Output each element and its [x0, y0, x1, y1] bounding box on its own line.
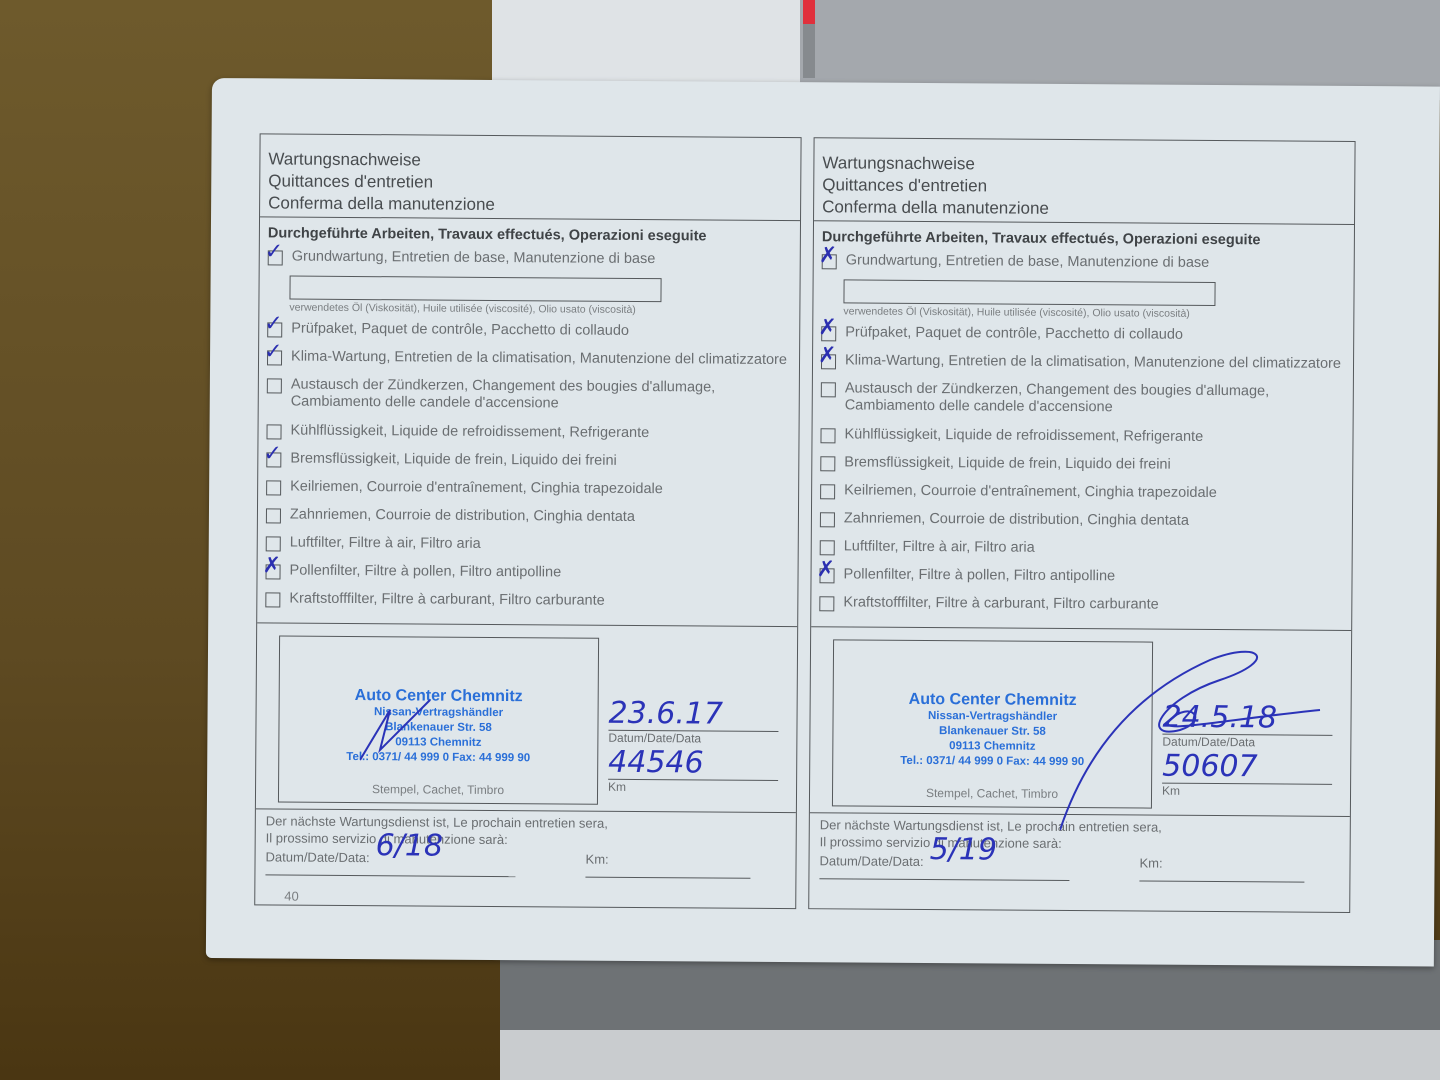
- checklist-item: Austausch der Zündkerzen, Changement des…: [813, 377, 1353, 427]
- stamp-caption: Stempel, Cachet, Timbro: [833, 785, 1151, 801]
- checklist-label: Zahnriemen, Courroie de distribution, Ci…: [844, 510, 1189, 529]
- checkbox[interactable]: [820, 456, 835, 471]
- checkbox[interactable]: [819, 596, 834, 611]
- checkbox[interactable]: ✓: [266, 452, 281, 467]
- checkbox[interactable]: ✗: [266, 564, 281, 579]
- checklist-item: Luftfilter, Filtre à air, Filtro aria: [812, 535, 1352, 567]
- maintenance-record-page: Wartungsnachweise Quittances d'entretien…: [808, 137, 1355, 913]
- checkbox[interactable]: [265, 592, 280, 607]
- cross-mark-icon: ✗: [817, 559, 836, 581]
- checkmark-icon: ✓: [264, 313, 283, 335]
- dealer-stamp: Auto Center Chemnitz Nissan-Vertragshänd…: [833, 690, 1152, 770]
- dealer-stamp: Auto Center Chemnitz Nissan-Vertragshänd…: [279, 686, 598, 766]
- checklist-label: Keilriemen, Courroie d'entraînement, Cin…: [290, 479, 663, 499]
- cross-mark-icon: ✗: [263, 555, 282, 577]
- cross-mark-icon: ✗: [818, 345, 837, 367]
- stamp-line: Tel.: 0371/ 44 999 0 Fax: 44 999 90: [833, 753, 1151, 770]
- next-date-value: 5/19: [930, 841, 997, 858]
- checkbox[interactable]: [266, 536, 281, 551]
- stamp-section: Auto Center Chemnitz Nissan-Vertragshänd…: [256, 622, 797, 813]
- dealer-name: Auto Center Chemnitz: [834, 690, 1152, 710]
- checklist-label: Bremsflüssigkeit, Liquide de frein, Liqu…: [844, 454, 1171, 473]
- km-label: Km: [608, 780, 778, 795]
- checklist-label: Grundwartung, Entretien de base, Manuten…: [292, 249, 656, 269]
- checklist-label: Luftfilter, Filtre à air, Filtro aria: [290, 535, 481, 553]
- checklist-label: Prüfpaket, Paquet de contrôle, Pacchetto…: [291, 321, 629, 340]
- checkbox[interactable]: ✗: [821, 354, 836, 369]
- header-it: Conferma della manutenzione: [822, 196, 1346, 222]
- stamp-box: Auto Center Chemnitz Nissan-Vertragshänd…: [278, 635, 599, 804]
- next-service-section: Der nächste Wartungsdienst ist, Le proch…: [265, 812, 785, 879]
- checklist-item: Kühlflüssigkeit, Liquide de refroidissem…: [812, 423, 1352, 455]
- next-service-date-field: Datum/Date/Data: 5/19: [819, 852, 1069, 881]
- cross-mark-icon: ✗: [818, 317, 837, 339]
- checklist: ✓Grundwartung, Entretien de base, Manute…: [257, 245, 800, 619]
- background-red-tab: [803, 0, 815, 24]
- checkbox[interactable]: [820, 484, 835, 499]
- checklist-label: Keilriemen, Courroie d'entraînement, Cin…: [844, 482, 1217, 502]
- checklist-item: ✓Klima-Wartung, Entretien de la climatis…: [259, 345, 799, 377]
- checkbox[interactable]: ✓: [267, 350, 282, 365]
- checklist-item: ✓Grundwartung, Entretien de base, Manute…: [260, 245, 800, 277]
- maintenance-record-page: Wartungsnachweise Quittances d'entretien…: [254, 133, 801, 909]
- km-value: 44546: [608, 745, 778, 780]
- checklist-item: Keilriemen, Courroie d'entraînement, Cin…: [258, 475, 798, 507]
- checklist-item: Austausch der Zündkerzen, Changement des…: [259, 373, 799, 423]
- next-date-label: Datum/Date/Data:: [266, 849, 370, 865]
- checklist-label: Luftfilter, Filtre à air, Filtro aria: [844, 538, 1035, 556]
- checkmark-icon: ✓: [265, 241, 284, 263]
- checkbox[interactable]: [266, 508, 281, 523]
- checklist-label: Bremsflüssigkeit, Liquide de frein, Liqu…: [290, 451, 617, 470]
- checklist-label: Klima-Wartung, Entretien de la climatisa…: [291, 349, 787, 369]
- checklist-item: Kraftstofffilter, Filtre à carburant, Fi…: [811, 591, 1351, 623]
- header-it: Conferma della manutenzione: [268, 192, 792, 218]
- checklist-label: Zahnriemen, Courroie de distribution, Ci…: [290, 507, 635, 526]
- next-service-date-field: Datum/Date/Data: 6/18: [265, 848, 515, 877]
- checklist-item: ✗Klima-Wartung, Entretien de la climatis…: [813, 349, 1353, 381]
- km-label: Km: [1162, 784, 1332, 799]
- checkmark-icon: ✓: [264, 341, 283, 363]
- checklist-item: ✗Prüfpaket, Paquet de contrôle, Pacchett…: [813, 321, 1353, 353]
- checklist-item: Kühlflüssigkeit, Liquide de refroidissem…: [258, 419, 798, 451]
- next-service-text-2: Il prossimo servizio di manutenzione sar…: [820, 833, 1340, 854]
- page-number: 40: [284, 889, 299, 904]
- page-header: Wartungsnachweise Quittances d'entretien…: [260, 134, 801, 221]
- section-title: Durchgeführte Arbeiten, Travaux effectué…: [260, 217, 800, 249]
- date-label: Datum/Date/Data: [608, 731, 778, 746]
- checklist-item: ✓Prüfpaket, Paquet de contrôle, Pacchett…: [259, 317, 799, 349]
- background-light-panel: [500, 1030, 1440, 1080]
- oil-viscosity-field[interactable]: [843, 279, 1215, 306]
- checklist-label: Prüfpaket, Paquet de contrôle, Pacchetto…: [845, 324, 1183, 343]
- checklist-label: Grundwartung, Entretien de base, Manuten…: [846, 252, 1210, 272]
- stamp-caption: Stempel, Cachet, Timbro: [279, 781, 597, 797]
- checklist-item: ✗Pollenfilter, Filtre à pollen, Filtro a…: [257, 559, 797, 591]
- section-title: Durchgeführte Arbeiten, Travaux effectué…: [814, 221, 1354, 253]
- stamp-line: Tel.: 0371/ 44 999 0 Fax: 44 999 90: [279, 749, 597, 766]
- checklist-label: Kraftstofffilter, Filtre à carburant, Fi…: [289, 591, 604, 610]
- checkbox[interactable]: [821, 382, 836, 397]
- next-service-section: Der nächste Wartungsdienst ist, Le proch…: [819, 816, 1339, 883]
- page-header: Wartungsnachweise Quittances d'entretien…: [814, 138, 1355, 225]
- checklist-label: Kühlflüssigkeit, Liquide de refroidissem…: [844, 426, 1203, 446]
- next-km-label: Km:: [586, 852, 609, 867]
- checklist-item: Luftfilter, Filtre à air, Filtro aria: [258, 531, 798, 563]
- checklist-label: Pollenfilter, Filtre à pollen, Filtro an…: [843, 566, 1115, 585]
- checkmark-icon: ✓: [263, 443, 282, 465]
- checklist-label: Kühlflüssigkeit, Liquide de refroidissem…: [290, 423, 649, 443]
- checkbox[interactable]: [267, 378, 282, 393]
- checklist: ✗Grundwartung, Entretien de base, Manute…: [811, 249, 1354, 623]
- service-booklet: Wartungsnachweise Quittances d'entretien…: [206, 78, 1440, 967]
- checklist-label: Pollenfilter, Filtre à pollen, Filtro an…: [290, 563, 562, 582]
- checklist-item: Zahnriemen, Courroie de distribution, Ci…: [812, 507, 1352, 539]
- checkbox[interactable]: [820, 512, 835, 527]
- service-date-km: 23.6.17 Datum/Date/Data 44546 Km: [608, 696, 779, 795]
- checkbox[interactable]: ✗: [822, 254, 837, 269]
- checkbox[interactable]: ✓: [268, 250, 283, 265]
- checklist-item: Bremsflüssigkeit, Liquide de frein, Liqu…: [812, 451, 1352, 483]
- next-date-label: Datum/Date/Data:: [819, 853, 923, 869]
- stamp-section: Auto Center Chemnitz Nissan-Vertragshänd…: [810, 626, 1351, 817]
- checklist-label: Austausch der Zündkerzen, Changement des…: [845, 380, 1345, 417]
- oil-viscosity-field[interactable]: [289, 276, 661, 303]
- checklist-item: ✗Pollenfilter, Filtre à pollen, Filtro a…: [811, 563, 1351, 595]
- km-value: 50607: [1162, 749, 1332, 784]
- service-date-km: 24.5.18 Datum/Date/Data 50607 Km: [1162, 700, 1333, 799]
- checkbox[interactable]: [820, 428, 835, 443]
- checklist-item: ✗Grundwartung, Entretien de base, Manute…: [814, 249, 1354, 281]
- checkbox[interactable]: ✗: [821, 326, 836, 341]
- checklist-label: Kraftstofffilter, Filtre à carburant, Fi…: [843, 594, 1158, 613]
- cross-mark-icon: ✗: [819, 245, 838, 267]
- checkbox[interactable]: [820, 540, 835, 555]
- service-date-value: 23.6.17: [608, 696, 778, 731]
- date-label: Datum/Date/Data: [1162, 735, 1332, 750]
- service-date-value: 24.5.18: [1162, 700, 1332, 735]
- background-gray-tab: [803, 24, 815, 78]
- checkbox[interactable]: ✓: [267, 322, 282, 337]
- checklist-label: Austausch der Zündkerzen, Changement des…: [291, 377, 791, 414]
- checklist-item: Zahnriemen, Courroie de distribution, Ci…: [258, 503, 798, 535]
- next-km-label: Km:: [1139, 855, 1162, 870]
- next-service-km-field: Km:: [1139, 854, 1304, 882]
- checkbox[interactable]: ✗: [819, 568, 834, 583]
- checklist-item: ✓Bremsflüssigkeit, Liquide de frein, Liq…: [258, 447, 798, 479]
- checkbox[interactable]: [266, 480, 281, 495]
- next-service-text-2: Il prossimo servizio di manutenzione sar…: [266, 829, 786, 850]
- checklist-label: Klima-Wartung, Entretien de la climatisa…: [845, 352, 1341, 372]
- next-date-value: 6/18: [376, 837, 443, 854]
- checklist-item: Kraftstofffilter, Filtre à carburant, Fi…: [257, 587, 797, 619]
- stamp-box: Auto Center Chemnitz Nissan-Vertragshänd…: [832, 639, 1153, 808]
- checkbox[interactable]: [266, 424, 281, 439]
- checklist-item: Keilriemen, Courroie d'entraînement, Cin…: [812, 479, 1352, 511]
- dealer-name: Auto Center Chemnitz: [280, 686, 598, 706]
- next-service-km-field: Km:: [585, 851, 750, 879]
